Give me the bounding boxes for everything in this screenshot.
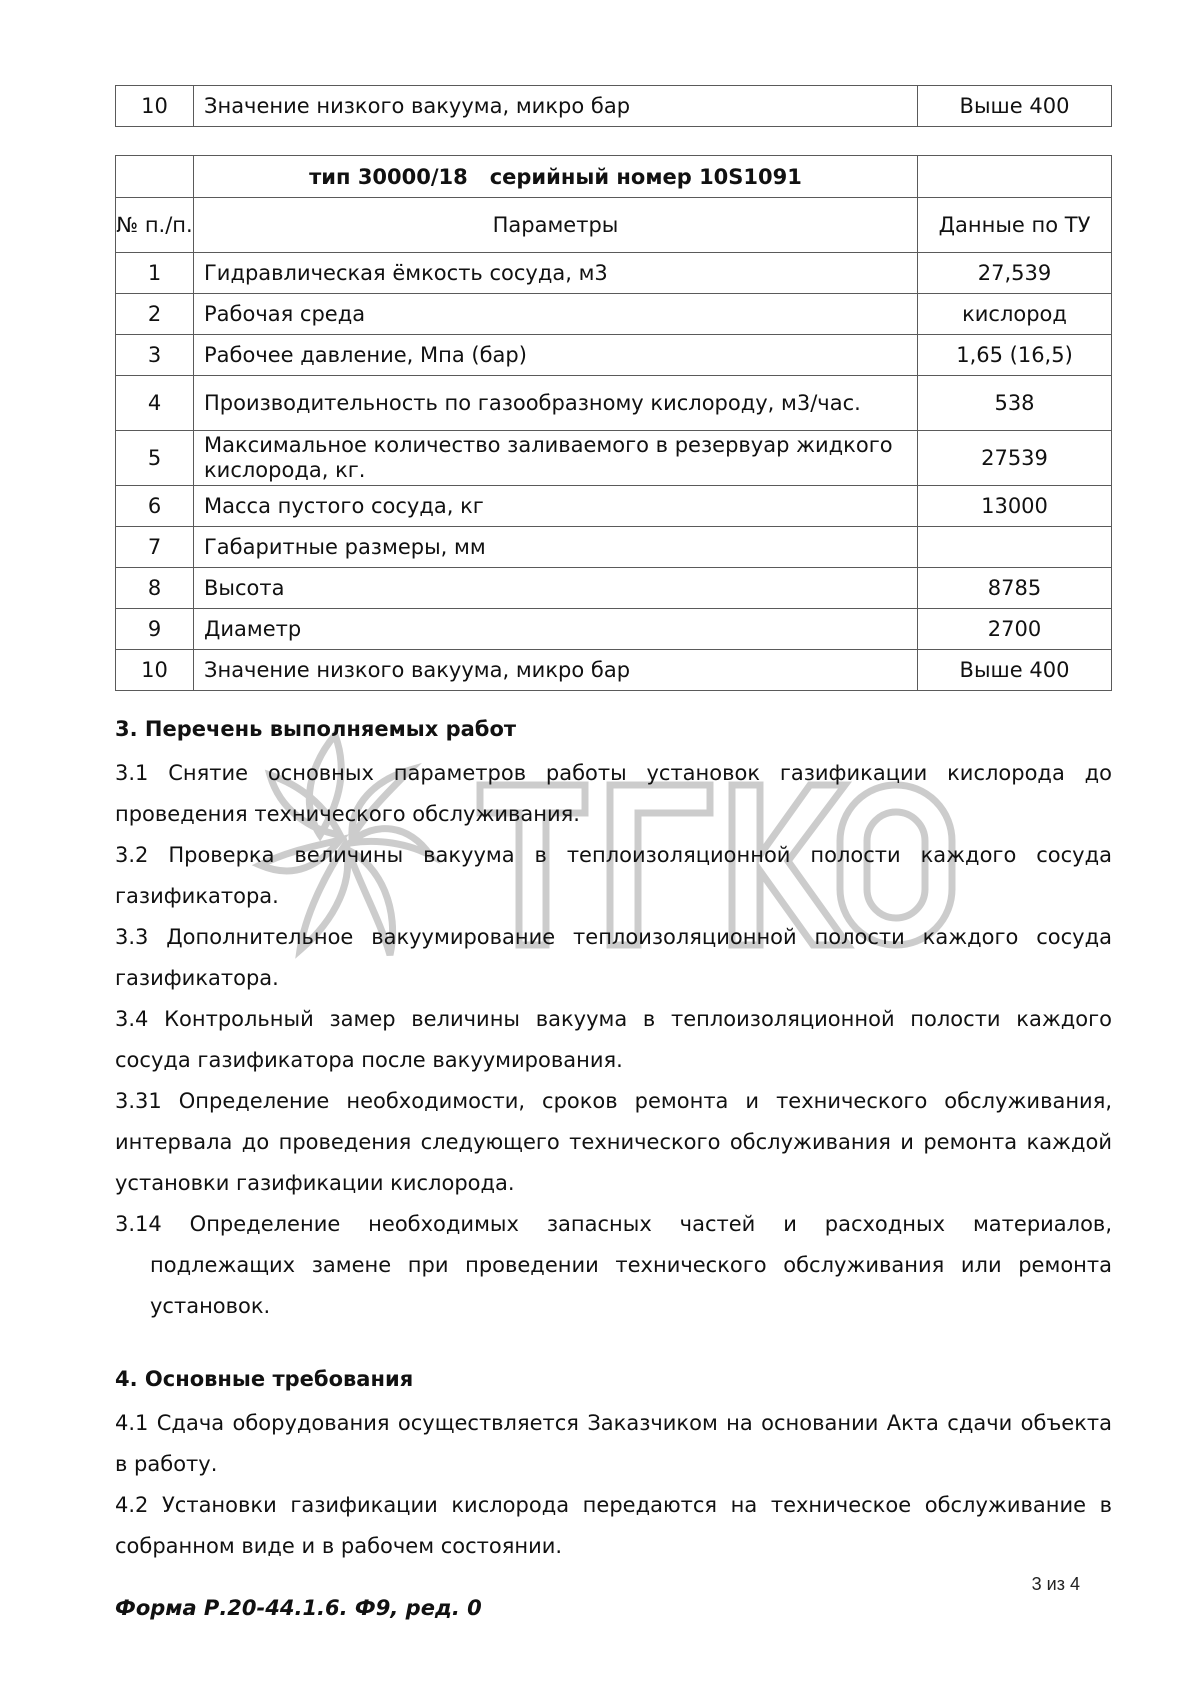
row-parameter: Значение низкого вакуума, микро бар xyxy=(194,650,918,691)
table-title-row: тип 30000/18 серийный номер 10S1091 xyxy=(116,156,1112,198)
row-value xyxy=(918,527,1112,568)
row-number: 7 xyxy=(116,527,194,568)
table-row: 2 Рабочая среда кислород xyxy=(116,294,1112,335)
row-number: 10 xyxy=(116,86,194,127)
section-3-item-3-3: 3.3 Дополнительное вакуумирование теплои… xyxy=(115,917,1112,999)
row-number: 6 xyxy=(116,486,194,527)
table-row: 7 Габаритные размеры, мм xyxy=(116,527,1112,568)
row-number: 2 xyxy=(116,294,194,335)
table-row: 5 Максимальное количество заливаемого в … xyxy=(116,431,1112,486)
table-row: 4 Производительность по газообразному ки… xyxy=(116,376,1112,431)
table-row: 10 Значение низкого вакуума, микро бар В… xyxy=(116,650,1112,691)
row-number: 8 xyxy=(116,568,194,609)
row-value: 27539 xyxy=(918,431,1112,486)
form-code: Форма Р.20-44.1.6. Ф9, ред. 0 xyxy=(115,1596,482,1620)
section-4-heading: 4. Основные требования xyxy=(115,1367,413,1391)
section-3-item-3-4: 3.4 Контрольный замер величины вакуума в… xyxy=(115,999,1112,1081)
row-value: 13000 xyxy=(918,486,1112,527)
row-parameter: Значение низкого вакуума, микро бар xyxy=(194,86,918,127)
spec-table-continuation: 10 Значение низкого вакуума, микро бар В… xyxy=(115,85,1112,127)
row-value: Выше 400 xyxy=(918,650,1112,691)
table-row: 6 Масса пустого сосуда, кг 13000 xyxy=(116,486,1112,527)
row-value: кислород xyxy=(918,294,1112,335)
header-tu-data: Данные по ТУ xyxy=(918,198,1112,253)
row-value: 538 xyxy=(918,376,1112,431)
row-number: 9 xyxy=(116,609,194,650)
row-parameter: Рабочая среда xyxy=(194,294,918,335)
table-row: 1 Гидравлическая ёмкость сосуда, м3 27,5… xyxy=(116,253,1112,294)
table-title: тип 30000/18 серийный номер 10S1091 xyxy=(194,156,918,198)
table-header-row: № п./п. Параметры Данные по ТУ xyxy=(116,198,1112,253)
row-parameter: Максимальное количество заливаемого в ре… xyxy=(194,431,918,486)
row-parameter: Высота xyxy=(194,568,918,609)
row-parameter: Производительность по газообразному кисл… xyxy=(194,376,918,431)
row-value: 2700 xyxy=(918,609,1112,650)
section-3-heading: 3. Перечень выполняемых работ xyxy=(115,717,516,741)
section-3-item-3-2: 3.2 Проверка величины вакуума в теплоизо… xyxy=(115,835,1112,917)
row-value: Выше 400 xyxy=(918,86,1112,127)
row-parameter: Рабочее давление, Мпа (бар) xyxy=(194,335,918,376)
section-3-item-3-14: 3.14 Определение необходимых запасных ча… xyxy=(115,1204,1112,1327)
row-parameter: Диаметр xyxy=(194,609,918,650)
table-row: 8 Высота 8785 xyxy=(116,568,1112,609)
table-row: 3 Рабочее давление, Мпа (бар) 1,65 (16,5… xyxy=(116,335,1112,376)
row-number: 3 xyxy=(116,335,194,376)
header-parameters: Параметры xyxy=(194,198,918,253)
section-3-item-3-31: 3.31 Определение необходимости, сроков р… xyxy=(115,1081,1112,1204)
section-4-item-4-2: 4.2 Установки газификации кислорода пере… xyxy=(115,1485,1112,1567)
row-number: 10 xyxy=(116,650,194,691)
header-number: № п./п. xyxy=(116,198,194,253)
section-4-item-4-1: 4.1 Сдача оборудования осуществляется За… xyxy=(115,1403,1112,1485)
table-row: 10 Значение низкого вакуума, микро бар В… xyxy=(116,86,1112,127)
row-value: 8785 xyxy=(918,568,1112,609)
row-number: 5 xyxy=(116,431,194,486)
row-number: 4 xyxy=(116,376,194,431)
row-parameter: Масса пустого сосуда, кг xyxy=(194,486,918,527)
document-page: 10 Значение низкого вакуума, микро бар В… xyxy=(0,0,1200,1696)
row-parameter: Габаритные размеры, мм xyxy=(194,527,918,568)
row-number: 1 xyxy=(116,253,194,294)
spec-table-30000-18: тип 30000/18 серийный номер 10S1091 № п.… xyxy=(115,155,1112,691)
row-parameter: Гидравлическая ёмкость сосуда, м3 xyxy=(194,253,918,294)
section-3-item-3-1: 3.1 Снятие основных параметров работы ус… xyxy=(115,753,1112,835)
page-number: 3 из 4 xyxy=(1032,1574,1080,1595)
row-value: 1,65 (16,5) xyxy=(918,335,1112,376)
row-value: 27,539 xyxy=(918,253,1112,294)
table-row: 9 Диаметр 2700 xyxy=(116,609,1112,650)
